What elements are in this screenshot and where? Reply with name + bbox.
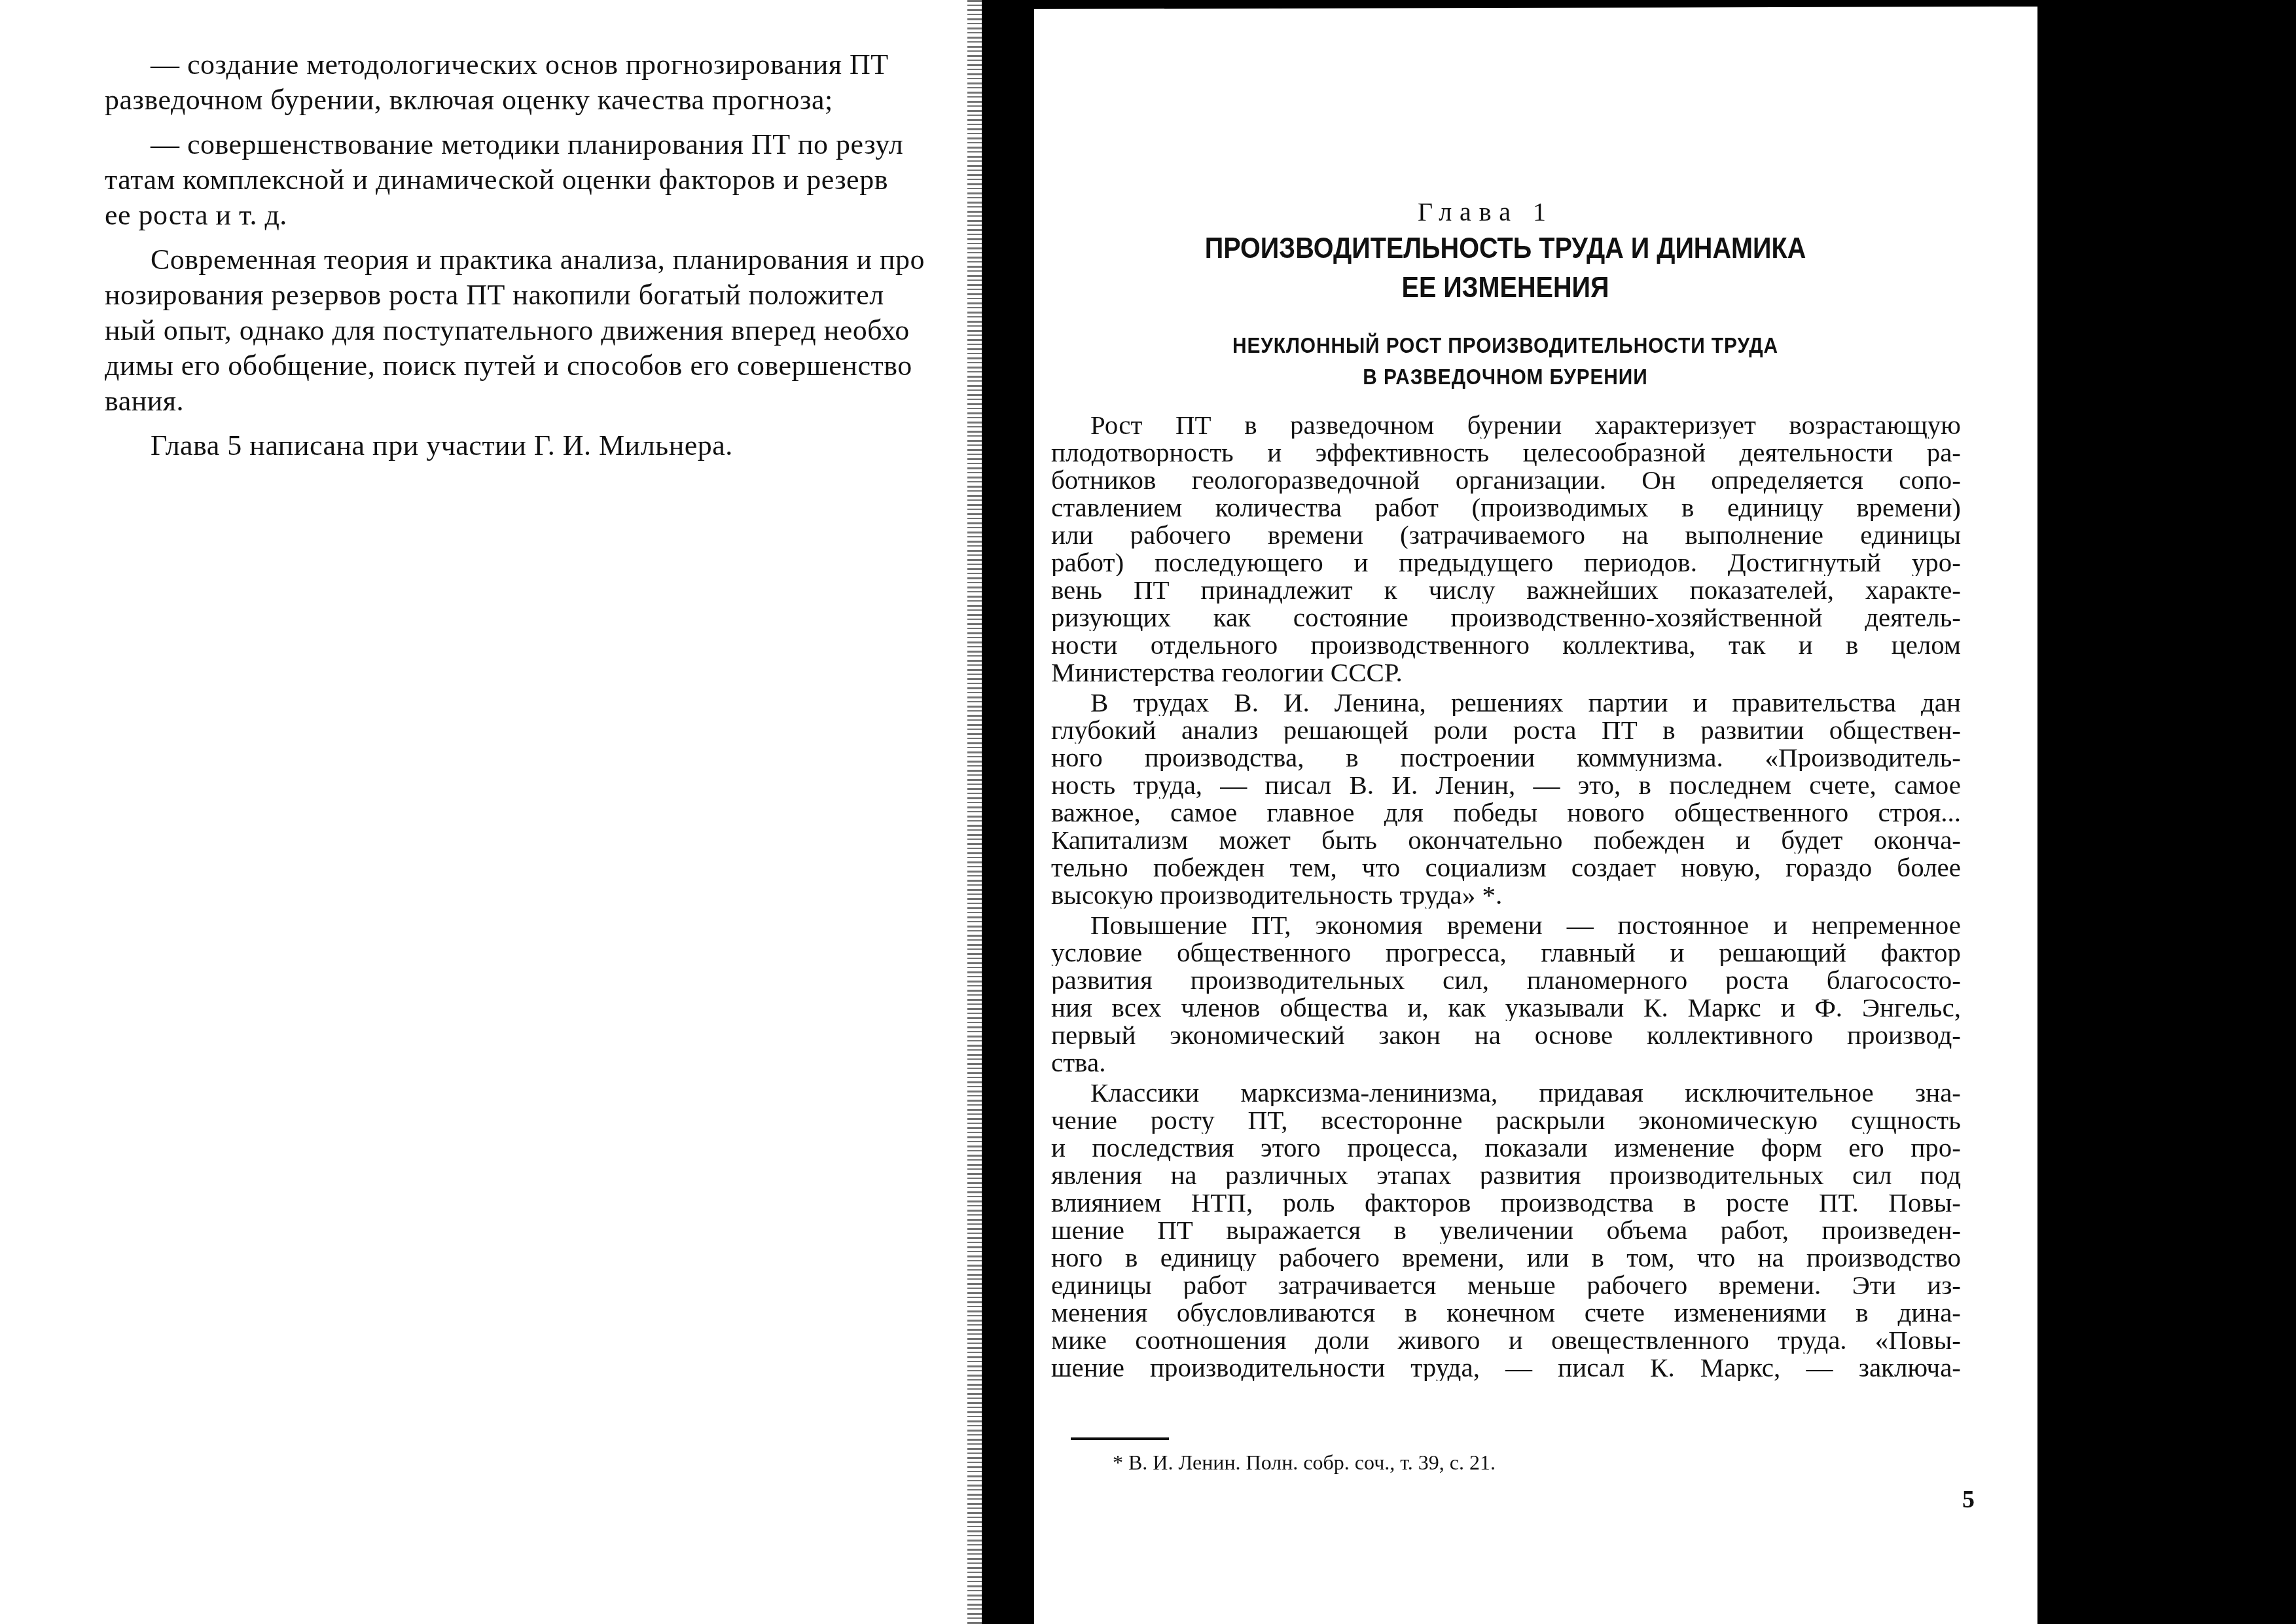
paragraph: Современная теория и практика анализа, п…	[105, 242, 988, 419]
scan-margin-dark	[2037, 0, 2296, 1624]
text-line: первый экономический закон на основе кол…	[1051, 1021, 1961, 1049]
text-line: условие общественного прогресса, главный…	[1051, 939, 1961, 966]
left-page-text: — создание методологических основ прогно…	[105, 47, 988, 473]
text-line: Глава 5 написана при участии Г. И. Мильн…	[105, 428, 988, 463]
text-line: ставлением количества работ (производимы…	[1051, 494, 1961, 521]
paragraph: Классики марксизма-ленинизма, придавая и…	[1051, 1079, 1961, 1381]
text-line: татам комплексной и динамической оценки …	[105, 162, 988, 198]
text-line: Рост ПТ в разведочном бурении характериз…	[1051, 411, 1961, 439]
text-line: менения обусловливаются в конечном счете…	[1051, 1299, 1961, 1326]
text-line: шение ПТ выражается в увеличении объема …	[1051, 1216, 1961, 1244]
text-line: нозирования резервов роста ПТ накопили б…	[105, 278, 988, 313]
text-line: ботников геологоразведочной организации.…	[1051, 466, 1961, 494]
text-line: ризующих как состояние производственно-х…	[1051, 604, 1961, 631]
text-line: чение росту ПТ, всесторонне раскрыли эко…	[1051, 1106, 1961, 1134]
text-line: Современная теория и практика анализа, п…	[105, 242, 988, 278]
chapter-title-line: ЕЕ ИЗМЕНЕНИЯ	[1105, 268, 1906, 308]
book-spine-shadow	[982, 0, 1034, 1624]
text-line: — создание методологических основ прогно…	[105, 47, 988, 82]
section-title: НЕУКЛОННЫЙ РОСТ ПРОИЗВОДИТЕЛЬНОСТИ ТРУДА…	[1114, 330, 1897, 393]
text-line: ность труда, — писал В. И. Ленин, — это,…	[1051, 771, 1961, 799]
text-line: — совершенствование методики планировани…	[105, 127, 988, 162]
text-line: или рабочего времени (затрачиваемого на …	[1051, 521, 1961, 549]
text-line: Министерства геологии СССР.	[1051, 659, 1961, 686]
text-line: развития производительных сил, планомерн…	[1051, 966, 1961, 994]
chapter-title-line: ПРОИЗВОДИТЕЛЬНОСТЬ ТРУДА И ДИНАМИКА	[1105, 229, 1906, 268]
footnote: * В. И. Ленин. Полн. собр. соч., т. 39, …	[1113, 1451, 1496, 1475]
right-page: Глава 1 ПРОИЗВОДИТЕЛЬНОСТЬ ТРУДА И ДИНАМ…	[1034, 9, 2037, 1624]
text-line: влиянием НТП, роль факторов производства…	[1051, 1189, 1961, 1216]
text-line: вания.	[105, 384, 988, 419]
page-number: 5	[1962, 1485, 1975, 1514]
paragraph: Повышение ПТ, экономия времени — постоян…	[1051, 911, 1961, 1076]
text-line: тельно побежден тем, что социализм созда…	[1051, 854, 1961, 881]
paragraph: В трудах В. И. Ленина, решениях партии и…	[1051, 689, 1961, 909]
text-line: разведочном бурении, включая оценку каче…	[105, 82, 988, 118]
scan-top-edge	[1008, 0, 2037, 9]
text-line: Повышение ПТ, экономия времени — постоян…	[1051, 911, 1961, 939]
text-line: ния всех членов общества и, как указывал…	[1051, 994, 1961, 1021]
text-line: высокую производительность труда» *.	[1051, 881, 1961, 909]
left-page: — создание методологических основ прогно…	[0, 0, 988, 1624]
paragraph: Рост ПТ в разведочном бурении характериз…	[1051, 411, 1961, 686]
chapter-title: ПРОИЗВОДИТЕЛЬНОСТЬ ТРУДА И ДИНАМИКА ЕЕ И…	[1105, 229, 1906, 308]
paragraph: — совершенствование методики планировани…	[105, 127, 988, 233]
section-title-line: НЕУКЛОННЫЙ РОСТ ПРОИЗВОДИТЕЛЬНОСТИ ТРУДА	[1114, 330, 1897, 361]
text-line: важное, самое главное для победы нового …	[1051, 799, 1961, 826]
text-line: мике соотношения доли живого и овеществл…	[1051, 1326, 1961, 1354]
text-line: явления на различных этапах развития про…	[1051, 1161, 1961, 1189]
text-line: Классики марксизма-ленинизма, придавая и…	[1051, 1079, 1961, 1106]
footnote-divider	[1071, 1437, 1169, 1440]
text-line: плодотворность и эффективность целесообр…	[1051, 439, 1961, 466]
text-line: ного в единицу рабочего времени, или в т…	[1051, 1244, 1961, 1271]
body-text: Рост ПТ в разведочном бурении характериз…	[1051, 411, 1961, 1384]
text-line: вень ПТ принадлежит к числу важнейших по…	[1051, 576, 1961, 604]
text-line: Капитализм может быть окончательно побеж…	[1051, 826, 1961, 854]
paragraph: Глава 5 написана при участии Г. И. Мильн…	[105, 428, 988, 463]
text-line: В трудах В. И. Ленина, решениях партии и…	[1051, 689, 1961, 716]
text-line: ности отдельного производственного колле…	[1051, 631, 1961, 659]
text-line: шение производительности труда, — писал …	[1051, 1354, 1961, 1381]
section-title-line: В РАЗВЕДОЧНОМ БУРЕНИИ	[1114, 361, 1897, 393]
text-line: ства.	[1051, 1049, 1961, 1076]
text-line: ее роста и т. д.	[105, 198, 988, 233]
text-line: работ) последующего и предыдущего период…	[1051, 549, 1961, 576]
text-line: единицы работ затрачивается меньше рабоч…	[1051, 1271, 1961, 1299]
text-line: димы его обобщение, поиск путей и способ…	[105, 348, 988, 384]
text-line: глубокий анализ решающей роли роста ПТ в…	[1051, 716, 1961, 744]
text-line: и последствия этого процесса, показали и…	[1051, 1134, 1961, 1161]
chapter-label: Глава 1	[1034, 196, 1937, 227]
text-line: ного производства, в построении коммуниз…	[1051, 744, 1961, 771]
paragraph: — создание методологических основ прогно…	[105, 47, 988, 118]
text-line: ный опыт, однако для поступательного дви…	[105, 313, 988, 348]
